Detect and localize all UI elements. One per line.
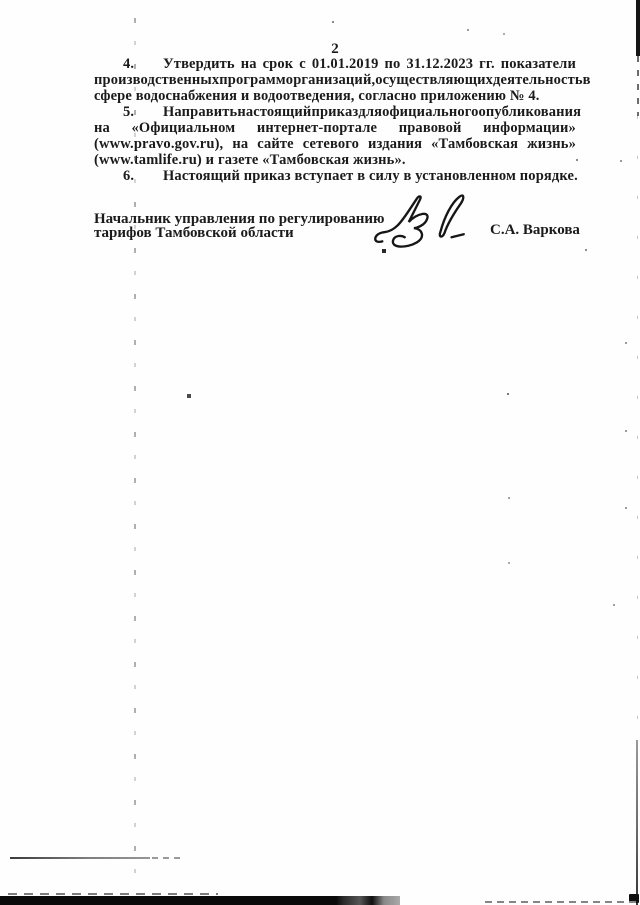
signer-title: Начальник управления по регулированию та… <box>94 212 394 240</box>
signer-title-line-2: тарифов Тамбовской области <box>94 226 394 240</box>
list-number: 5. <box>123 104 163 120</box>
list-number: 4. <box>123 56 163 72</box>
handwritten-signature-icon <box>366 190 478 254</box>
text-line: сфере водоснабжения и водоотведения, сог… <box>94 88 576 104</box>
document-body: 4.Утвердитьнасрокс01.01.2019по31.12.2023… <box>94 56 576 184</box>
text-line: 4.Утвердитьнасрокс01.01.2019по31.12.2023… <box>94 56 576 72</box>
signer-name: С.А. Варкова <box>490 222 580 238</box>
text-line: (www.tamlife.ru) и газете «Тамбовская жи… <box>94 152 576 168</box>
list-number: 6. <box>123 168 163 184</box>
fold-line-artifact <box>134 18 136 892</box>
scan-edge-top-right <box>636 0 640 56</box>
text-line: (www.pravo.gov.ru),насайтесетевогоиздани… <box>94 136 576 152</box>
scan-edge-right-faint <box>637 116 638 740</box>
text-line: 5.Направитьнастоящийприказдляофициальног… <box>94 104 576 120</box>
scan-specks <box>0 0 2 2</box>
scan-edge-top-right-tail <box>637 56 639 116</box>
scan-edge-right-lower <box>636 740 638 905</box>
scan-bottom-bar-overline <box>8 893 218 895</box>
scan-bottom-bar <box>0 896 400 905</box>
scan-horizontal-line <box>10 857 150 859</box>
scan-horizontal-line-tail <box>152 857 180 859</box>
text-line: производственныхпрограмморганизаций,осущ… <box>94 72 576 88</box>
scan-dotted-line <box>485 901 637 903</box>
signer-title-line-1: Начальник управления по регулированию <box>94 212 394 226</box>
page-number: 2 <box>94 41 576 57</box>
text-line: на«Официальноминтернет-порталеправовойин… <box>94 120 576 136</box>
text-line: 6.Настоящий приказ вступает в силу в уст… <box>94 168 576 184</box>
scanned-document-page: 2 4.Утвердитьнасрокс01.01.2019по31.12.20… <box>0 0 640 905</box>
